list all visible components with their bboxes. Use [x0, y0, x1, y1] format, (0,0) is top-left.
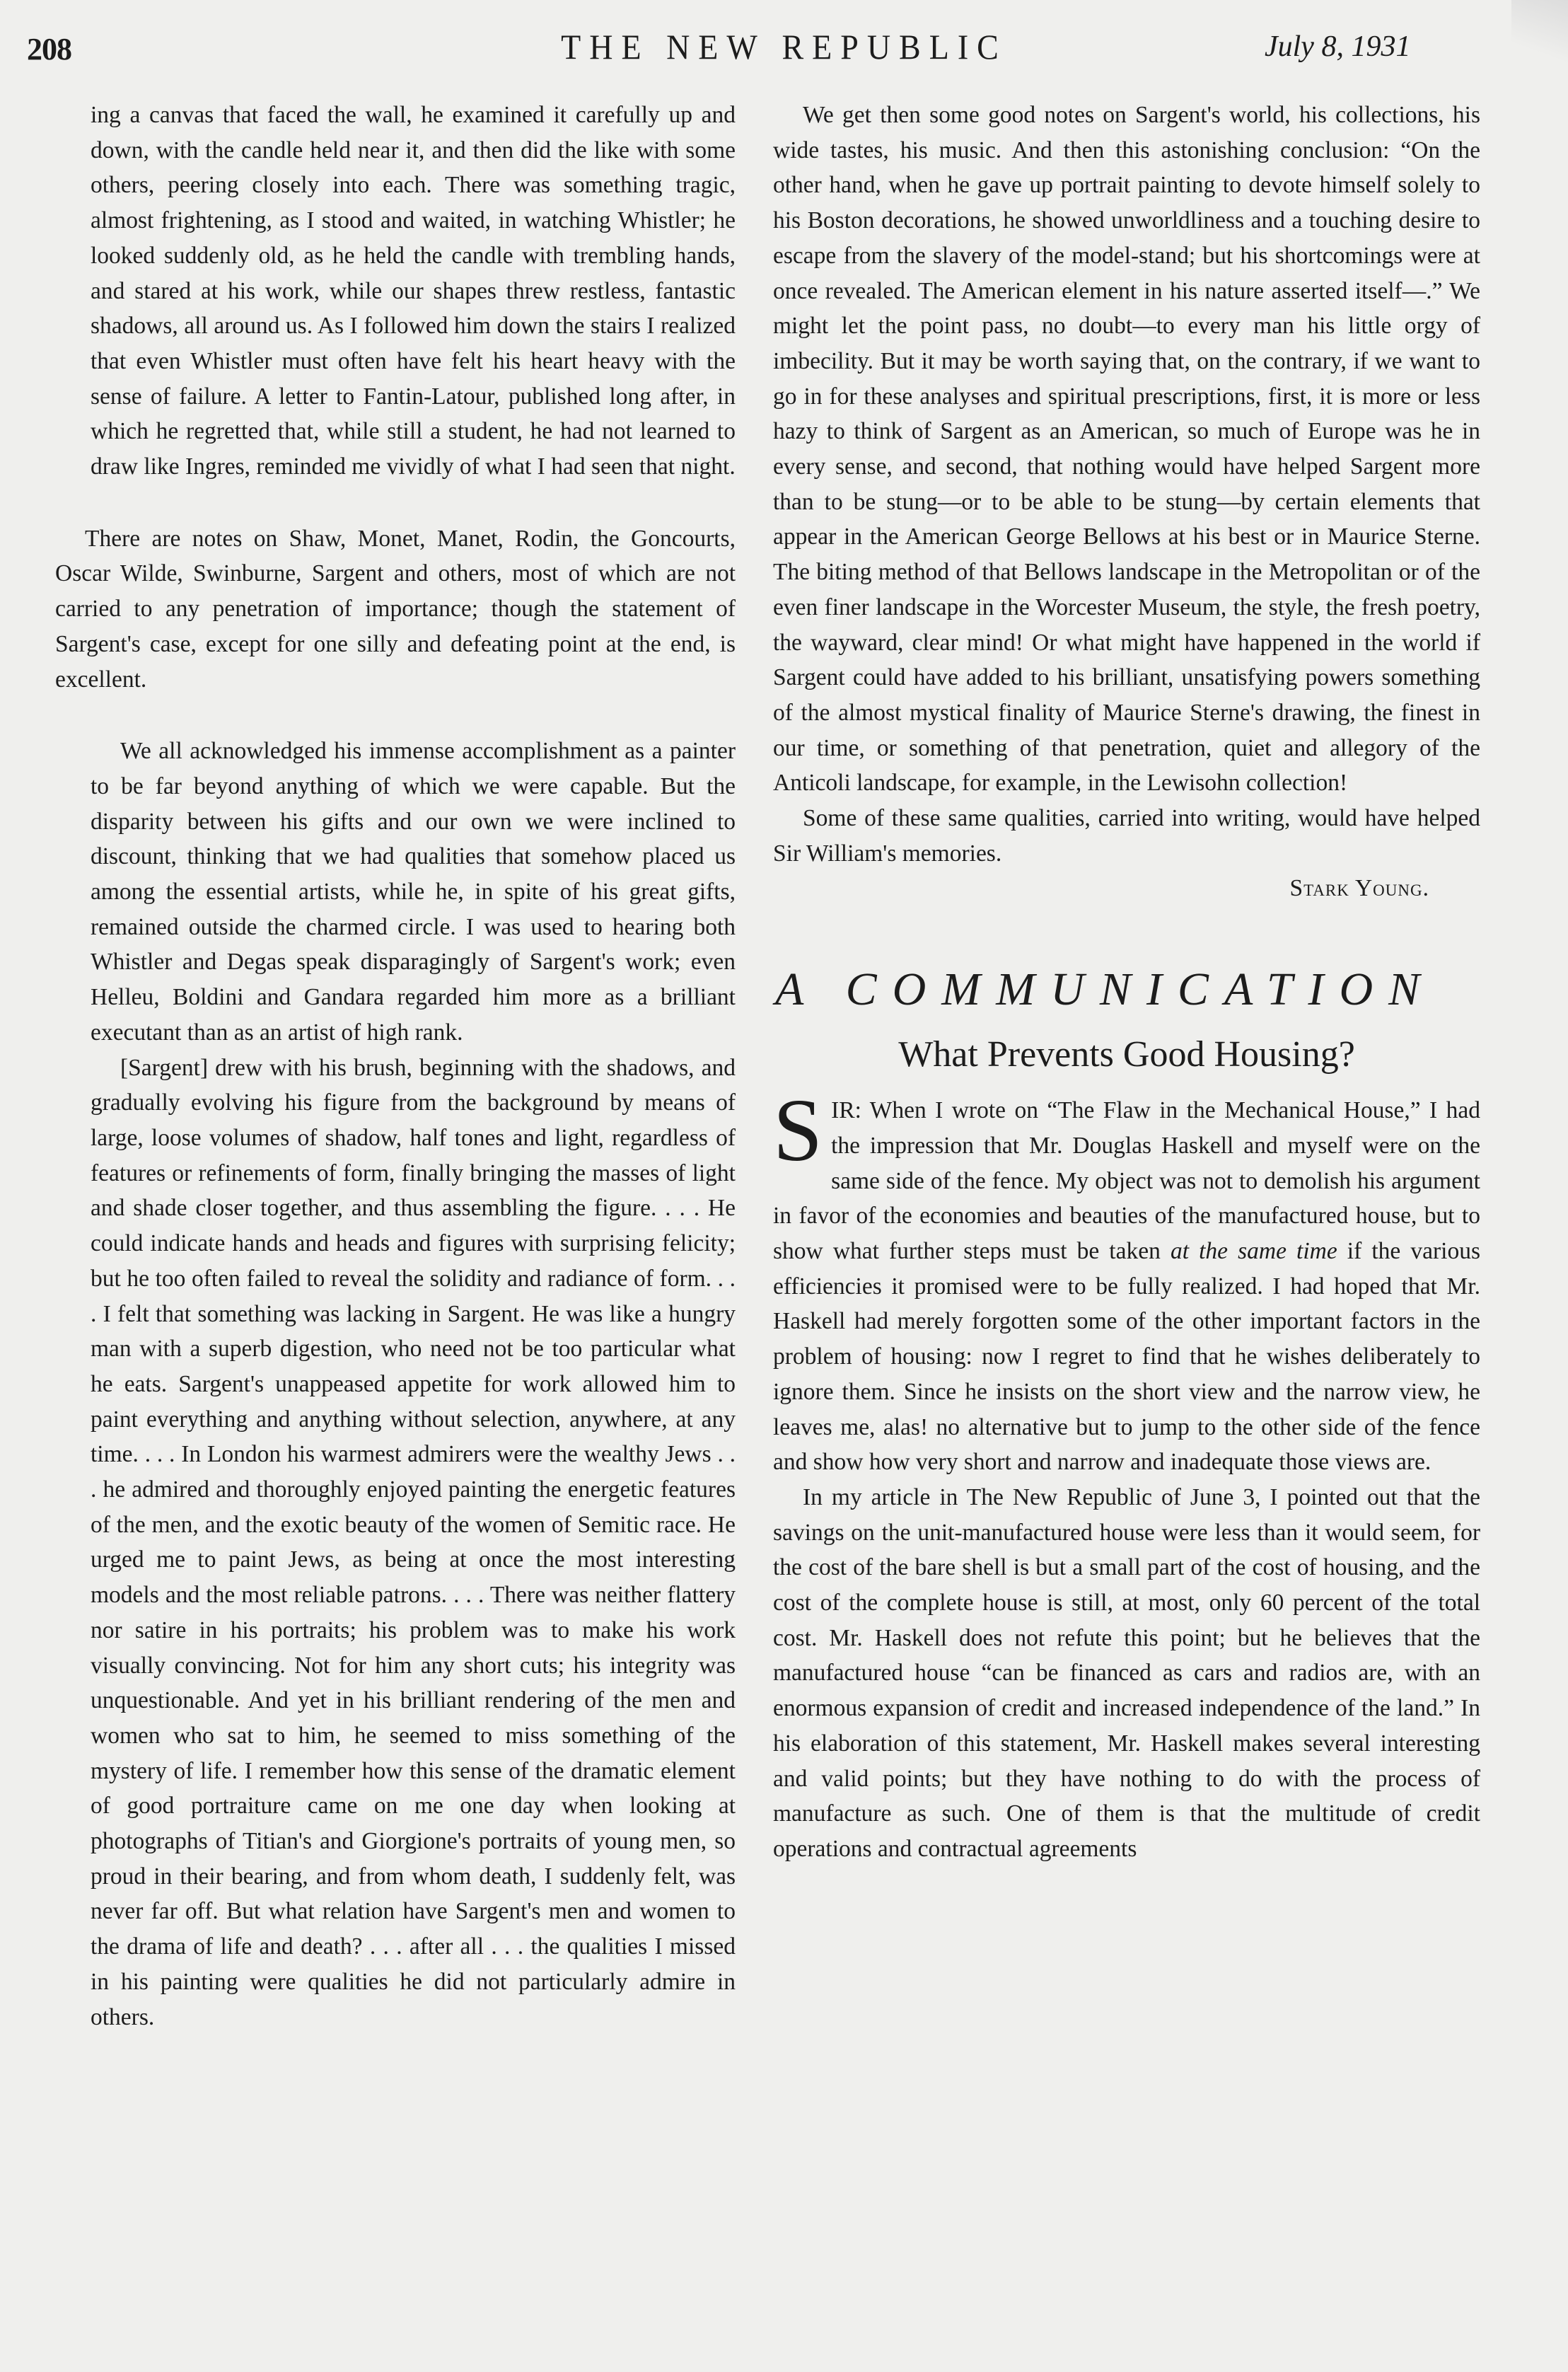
letter-text-italic: at the same time: [1171, 1238, 1337, 1264]
whistler-quote-paragraph: ing a canvas that faced the wall, he exa…: [91, 98, 736, 485]
sargent-quote-paragraph-1: We all acknowledged his immense accompli…: [91, 734, 736, 1050]
review-paragraph-2: Some of these same qualities, carried in…: [773, 801, 1480, 871]
communication-section-title: A COMMUNICATION: [773, 961, 1480, 1018]
letter-text-end: if the various efficiencies it promised …: [773, 1238, 1480, 1475]
spacer: [91, 697, 736, 734]
communication-headline: What Prevents Good Housing?: [773, 1026, 1480, 1083]
spacer: [91, 485, 736, 521]
right-column: We get then some good notes on Sargent's…: [773, 98, 1480, 1867]
review-paragraph-1: We get then some good notes on Sargent's…: [773, 98, 1480, 801]
author-signature: Stark Young.: [773, 871, 1480, 906]
sargent-quote-paragraph-2: [Sargent] drew with his brush, beginning…: [91, 1051, 736, 2035]
page-header: 208 THE NEW REPUBLIC July 8, 1931: [0, 25, 1568, 68]
drop-cap: S: [773, 1097, 823, 1165]
letter-paragraph-1: SIR: When I wrote on “The Flaw in the Me…: [773, 1093, 1480, 1480]
issue-date: July 8, 1931: [1265, 30, 1410, 64]
notes-paragraph: There are notes on Shaw, Monet, Manet, R…: [55, 521, 736, 698]
left-column: ing a canvas that faced the wall, he exa…: [91, 98, 736, 2035]
letter-paragraph-2: In my article in The New Republic of Jun…: [773, 1480, 1480, 1867]
